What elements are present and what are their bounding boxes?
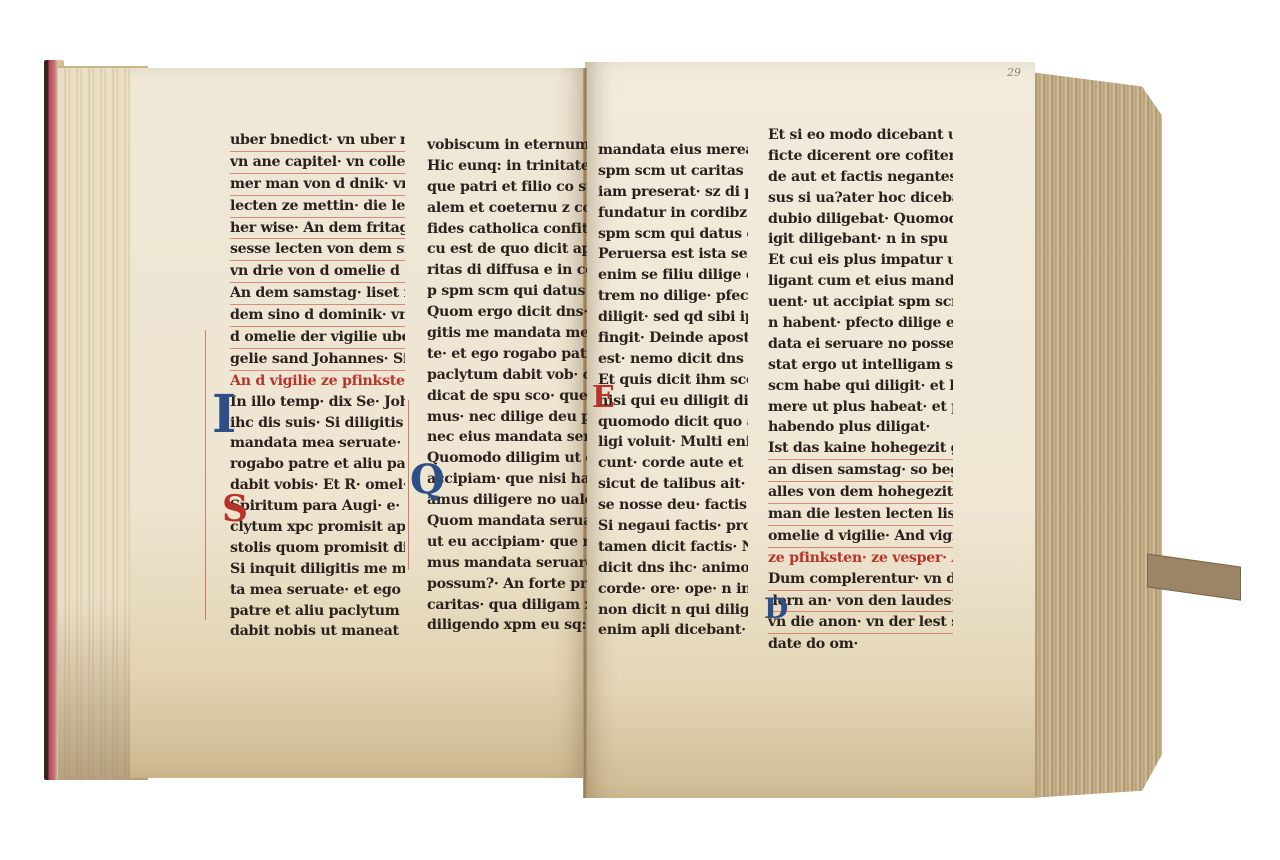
left-page-column-1: uber bnedict· vn uber magnificat· vn ane…: [230, 130, 405, 642]
text-line: dubio diligebat· Quomodo: [768, 209, 953, 230]
text-line: trem no dilige· pfecto nec filiu: [598, 286, 748, 307]
text-line: rogabo patre et aliu paclytu: [230, 454, 405, 475]
text-line: cunt· corde aute et factis negat·: [598, 453, 748, 474]
text-line: date do om·: [768, 634, 953, 655]
pen-flourish: [205, 330, 206, 620]
text-line: ficte dicerent ore cofitentes· cor: [768, 146, 953, 167]
text-line: alem et coeternu z coequalem: [427, 198, 587, 219]
text-line: her wise· An dem fritag· liset man: [230, 218, 405, 240]
text-line: est· nemo dicit dns ihc· n in spu: [598, 349, 748, 370]
text-line: ritas di diffusa e in cordibs nri: [427, 260, 587, 281]
text-line: Si inquit diligitis me mada: [230, 559, 405, 580]
text-line: gitis me mandata mea seru: [427, 323, 587, 344]
manuscript-photograph: 29 uber bnedict· vn uber magnificat· vn …: [0, 0, 1280, 860]
text-line: enim apli dicebant· dns ihc·: [598, 620, 748, 641]
text-line: mus· nec dilige deu possumus·: [427, 407, 587, 428]
text-line: omelie d vigilie· And vigilie: [768, 526, 953, 548]
text-line: An dem samstag· liset man von: [230, 283, 405, 305]
text-line: Et quis dicit ihm sco·: [598, 370, 748, 391]
text-line: Spiritum para Augi· e·: [230, 496, 405, 517]
text-line: data ei seruare no possent· Re: [768, 334, 953, 355]
text-line: fides catholica confitetur· Ip: [427, 219, 587, 240]
text-line: In illo temp· dix Se· Johem·: [230, 392, 405, 413]
text-line: Hic eunq: in trinitate spm sem: [427, 156, 587, 177]
text-line: non dicit n qui diligit· Iam: [598, 600, 748, 621]
text-line: sicut de talibus ait· Confitentur: [598, 474, 748, 495]
pen-flourish: [408, 400, 409, 570]
folio-number: 29: [1007, 66, 1021, 79]
text-line: iam preserat· sz di patris dif: [598, 182, 748, 203]
text-line: ut eu accipiam· que nisi habea: [427, 532, 587, 553]
text-line: dem sino d dominik· vn drie von: [230, 305, 405, 327]
text-line: n habent· pfecto dilige et ma: [768, 313, 953, 334]
text-line: man die lesten lecten liset· von der: [768, 504, 953, 526]
text-line: de aut et factis negantes· prorsus: [768, 167, 953, 188]
right-page-column-2: Et si eo modo dicebant ut non ficte dice…: [768, 125, 953, 655]
text-line: nisi qui eu diligit dicit· sed: [598, 391, 748, 412]
text-line: clytum xpc promisit apo: [230, 517, 405, 538]
text-line: Si negaui factis· procul dubio: [598, 516, 748, 537]
text-line: dicit dns ihc· animo· ubo· fco·: [598, 558, 748, 579]
right-page-column-1: mandata eius mereamur accipere spm scm u…: [598, 140, 748, 641]
text-line: uber bnedict· vn uber magnificat·: [230, 130, 405, 152]
left-page-column-2: vobiscum in eternum spm verita Hic eunq:…: [427, 135, 587, 636]
text-line: alles von dem hohegezit· ane das: [768, 482, 953, 504]
text-line: ihc dis suis· Si diligitis me: [230, 413, 405, 434]
text-line: Et cui eis plus impatur ut di: [768, 250, 953, 271]
text-line: dabit nobis ut maneat: [230, 621, 405, 642]
text-line: fundatur in cordibz nris· per: [598, 203, 748, 224]
illuminated-initial-Q: Q: [410, 456, 445, 503]
text-line: que patri et filio co substanti: [427, 177, 587, 198]
text-line: te· et ego rogabo patre et aliu: [427, 344, 587, 365]
text-line: quomodo dicit quo apls intel: [598, 412, 748, 433]
text-line: Peruersa est ista sententia· Qui: [598, 244, 748, 265]
text-line: corde· ore· ope· n in spu sco· et uo: [598, 579, 748, 600]
text-line: Dum complerentur· vn die an: [768, 569, 953, 591]
text-line: mus mandata seruare non: [427, 553, 587, 574]
illuminated-initial-E: E: [592, 380, 615, 415]
text-line: vobiscum in eternum spm verita: [427, 135, 587, 156]
text-line: gelie sand Johannes· Si diligitis·: [230, 349, 405, 371]
text-line: Et si eo modo dicebant ut non: [768, 125, 953, 146]
text-line: caritas· qua diligam xpm· ut: [427, 595, 587, 616]
text-line: p spm scm qui datus e nobis·: [427, 281, 587, 302]
text-line: lecten ze mettin· die ler man in sel: [230, 196, 405, 218]
text-line: Ist das kaine hohegezit geuelt: [768, 438, 953, 460]
text-line: scm habe qui diligit· et habendo: [768, 376, 953, 397]
rubric-line: An d vigilie ze pfinksten·: [230, 371, 405, 392]
text-line: cu est de quo dicit apls· Ca: [427, 239, 587, 260]
text-line: paclytum dabit vob· cu hoc: [427, 365, 587, 386]
text-line: accipiam· que nisi habe: [427, 469, 587, 490]
text-line: fingit· Deinde apostolica uox: [598, 328, 748, 349]
text-line: habendo plus diligat·: [768, 417, 953, 438]
illuminated-initial-I: I: [212, 384, 236, 445]
text-line: mandata eius mereamur accipere: [598, 140, 748, 161]
text-line: an disen samstag· so beger man es: [768, 460, 953, 482]
text-line: vn ane capitel· vn collecte· die m: [230, 152, 405, 174]
text-line: dicat de spu sco· que nisi habea: [427, 386, 587, 407]
text-line: amus diligere no ualemus·: [427, 490, 587, 511]
text-line: igit diligebant· n in spu sco·: [768, 229, 953, 250]
text-line: Quom ergo dicit dns· si dili: [427, 302, 587, 323]
text-line: d omelie der vigilie uber das ewan: [230, 327, 405, 349]
text-line: enim se filiu dilige credit et pa: [598, 265, 748, 286]
text-line: spm scm ut caritas no xpi q: [598, 161, 748, 182]
page-block-right: [1030, 72, 1162, 798]
text-line: uent· ut accipiat spm scm· que: [768, 292, 953, 313]
text-line: stolis quom promisit dixit am?: [230, 538, 405, 559]
text-line: mandata mea seruate· et ego: [230, 433, 405, 454]
text-line: ligant cum et eius mandata ser: [768, 271, 953, 292]
text-line: ligi voluit· Multi enim uoce di: [598, 432, 748, 453]
illuminated-initial-S: S: [222, 488, 248, 530]
text-line: vn drie von d omelie d dominik·: [230, 261, 405, 283]
text-line: mer man von d dnik· vn ane die: [230, 174, 405, 196]
text-line: spm scm qui datus est nobis·: [598, 224, 748, 245]
text-line: Quomodo diligim ut eu: [427, 448, 587, 469]
text-line: dabit vobis· Et R· omel· sci: [230, 475, 405, 496]
text-line: sesse lecten von dem sino d suffer·: [230, 239, 405, 261]
text-line: diligendo xpm eu sq: faciendo: [427, 615, 587, 636]
rubric-line: ze pfinksten· ze vesper· A·: [768, 548, 953, 569]
text-line: dern an· von den laudes· ps· Dne do: [768, 591, 953, 613]
text-line: possum?· An forte precedit in nob: [427, 574, 587, 595]
text-line: diligit· sed qd sibi ipse con: [598, 307, 748, 328]
text-line: se nosse deu· factis aute negat·: [598, 495, 748, 516]
text-line: stat ergo ut intelligam spm: [768, 355, 953, 376]
text-line: nec eius mandata seruare· A: [427, 427, 587, 448]
text-line: tamen dicit factis· Nemo inq·: [598, 537, 748, 558]
text-line: mere ut plus habeat· et plus: [768, 397, 953, 418]
text-line: vn die anon· vn der lest salme Lau: [768, 612, 953, 634]
illuminated-initial-D: D: [764, 592, 788, 625]
text-line: ta mea seruate· et ego rogabo: [230, 580, 405, 601]
text-line: patre et aliu paclytum: [230, 601, 405, 622]
text-line: sus si ua?ater hoc dicebat· proul: [768, 188, 953, 209]
text-line: Quom mandata seruabim?: [427, 511, 587, 532]
